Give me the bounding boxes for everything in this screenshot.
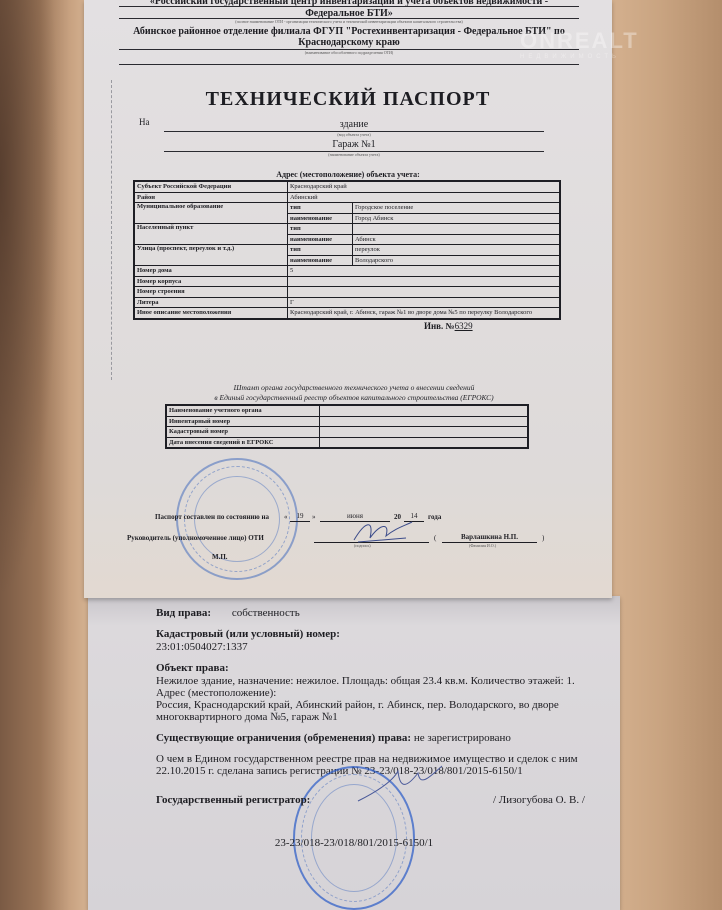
egroks-row: Дата внесения сведений в ЕГРОКС <box>166 437 528 448</box>
mp-label: М.П. <box>212 553 228 561</box>
branch-line-2: Краснодарскому краю <box>114 37 584 48</box>
registrar-label: Государственный регистратор: <box>156 794 310 807</box>
on-label: На <box>139 117 150 127</box>
address-field-value: Краснодарский край, г. Абинск, гараж №1 … <box>288 308 561 319</box>
signature-caption: (подпись) <box>354 543 371 548</box>
branch-caption: (наименование обособленного подразделени… <box>114 50 584 55</box>
egroks-field-value <box>320 416 529 427</box>
address-field-label: Номер строения <box>134 287 288 298</box>
object-type-caption: (вид объекта учета) <box>164 132 544 137</box>
egroks-row: Инвентарный номер <box>166 416 528 427</box>
object-type: здание <box>164 119 544 130</box>
address-subfield-value: Город Абинск <box>353 213 561 224</box>
date-day: 19 <box>290 512 310 522</box>
paren-open: ( <box>434 534 436 542</box>
record-number: 23-23/018-23/018/801/2015-6150/1 <box>88 837 620 850</box>
address-row: Номер корпуса <box>134 276 560 287</box>
date-quote-close: » <box>312 513 316 521</box>
date-quote-open: « <box>284 513 288 521</box>
address-field-value: 5 <box>288 266 561 277</box>
address-subfield-value: Абинск <box>353 234 561 245</box>
address-row: Номер строения <box>134 287 560 298</box>
binding-perforation <box>111 80 112 380</box>
object-name-caption: (наименование объекта учета) <box>164 152 544 157</box>
egroks-field-label: Наименование учетного органа <box>166 405 320 416</box>
address-table: Субъект Российской ФедерацииКраснодарски… <box>133 180 561 320</box>
egroks-field-label: Кадастровый номер <box>166 427 320 438</box>
registrar-signature <box>338 761 448 806</box>
address-row: Иное описание местоположенияКраснодарски… <box>134 308 560 319</box>
address-field-value: Краснодарский край <box>288 181 561 192</box>
address-subfield-value: Городское поселение <box>353 203 561 214</box>
address-subfield-value: Володарского <box>353 255 561 266</box>
address-row: Населенный пункттип <box>134 224 560 235</box>
egroks-field-label: Дата внесения сведений в ЕГРОКС <box>166 437 320 448</box>
address-field-label: Иное описание местоположения <box>134 308 288 319</box>
object-description: Нежилое здание, назначение: нежилое. Пло… <box>156 675 575 688</box>
inventory-number: Инв. №6329 <box>424 321 473 331</box>
inventory-label: Инв. № <box>424 321 455 331</box>
address-row: Субъект Российской ФедерацииКраснодарски… <box>134 181 560 192</box>
cadastral-label: Кадастровый (или условный) номер: <box>156 628 340 641</box>
address-line-2: многоквартирного дома №5, гараж №1 <box>156 711 338 724</box>
address-row: РайонАбинский <box>134 192 560 203</box>
object-label: Объект права: <box>156 662 229 675</box>
cadastral-value: 23:01:0504027:1337 <box>156 641 248 654</box>
address-subfield-label: тип <box>288 245 353 256</box>
inventory-value: 6329 <box>455 321 473 331</box>
head-name-caption: (Фамилия И.О.) <box>469 543 496 548</box>
address-heading: Адрес (местоположение) объекта учета: <box>84 170 612 179</box>
address-subfield-label: тип <box>288 224 353 235</box>
address-field-label: Район <box>134 192 288 203</box>
registrar-name: / Лизогубова О. В. / <box>493 794 585 807</box>
egroks-table: Наименование учетного органаИнвентарный … <box>165 404 529 449</box>
address-row: Номер дома5 <box>134 266 560 277</box>
address-field-label: Населенный пункт <box>134 224 288 245</box>
address-field-value: Г <box>288 297 561 308</box>
branch-line-1: Абинское районное отделение филиала ФГУП… <box>114 26 584 37</box>
right-type-value: собственность <box>232 607 300 619</box>
object-name: Гараж №1 <box>164 139 544 150</box>
address-field-value: Абинский <box>288 192 561 203</box>
address-subfield-value: переулок <box>353 245 561 256</box>
head-name: Варлашкина Н.П. <box>442 533 537 543</box>
address-label: Адрес (местоположение): <box>156 687 276 700</box>
address-field-value <box>288 287 561 298</box>
date-suffix: года <box>428 513 441 521</box>
registration-certificate-sheet: Вид права: собственность Кадастровый (ил… <box>88 596 620 910</box>
address-subfield-label: наименование <box>288 234 353 245</box>
org-caption: (полное наименование ОТИ - организации т… <box>114 19 584 24</box>
watermark: ONREALTНЕДВИЖИМОСТЬ <box>520 28 639 60</box>
address-row: Муниципальное образованиетипГородское по… <box>134 203 560 214</box>
stamp-heading-1: Штамп органа государственного техническо… <box>124 383 584 392</box>
address-subfield-value <box>353 224 561 235</box>
egroks-field-value <box>320 405 529 416</box>
address-field-label: Субъект Российской Федерации <box>134 181 288 192</box>
technical-passport-sheet: «Российский государственный центр инвент… <box>84 0 612 598</box>
stamp-heading-2: в Единый государственный реестр объектов… <box>124 393 584 402</box>
address-field-label: Улица (проспект, переулок и т.д.) <box>134 245 288 266</box>
encumbrance-label: Существующие ограничения (обременения) п… <box>156 732 411 744</box>
head-label: Руководитель (уполномоченное лицо) ОТИ <box>127 534 264 542</box>
egroks-field-value <box>320 427 529 438</box>
right-type-label: Вид права: <box>156 607 211 619</box>
address-row: Улица (проспект, переулок и т.д.)типпере… <box>134 245 560 256</box>
address-subfield-label: тип <box>288 203 353 214</box>
address-row: ЛитераГ <box>134 297 560 308</box>
address-subfield-label: наименование <box>288 255 353 266</box>
address-subfield-label: наименование <box>288 213 353 224</box>
address-field-label: Номер дома <box>134 266 288 277</box>
background-shadow <box>0 0 60 600</box>
egroks-field-value <box>320 437 529 448</box>
address-field-value <box>288 276 561 287</box>
address-line-1: Россия, Краснодарский край, Абинский рай… <box>156 699 559 712</box>
encumbrance-value: не зарегистрировано <box>414 732 511 744</box>
egroks-row: Кадастровый номер <box>166 427 528 438</box>
egroks-field-label: Инвентарный номер <box>166 416 320 427</box>
address-field-label: Литера <box>134 297 288 308</box>
egroks-row: Наименование учетного органа <box>166 405 528 416</box>
document-title: ТЕХНИЧЕСКИЙ ПАСПОРТ <box>84 88 612 111</box>
date-label: Паспорт составлен по состоянию на <box>155 513 269 521</box>
address-field-label: Номер корпуса <box>134 276 288 287</box>
address-field-label: Муниципальное образование <box>134 203 288 224</box>
paren-close: ) <box>542 534 544 542</box>
